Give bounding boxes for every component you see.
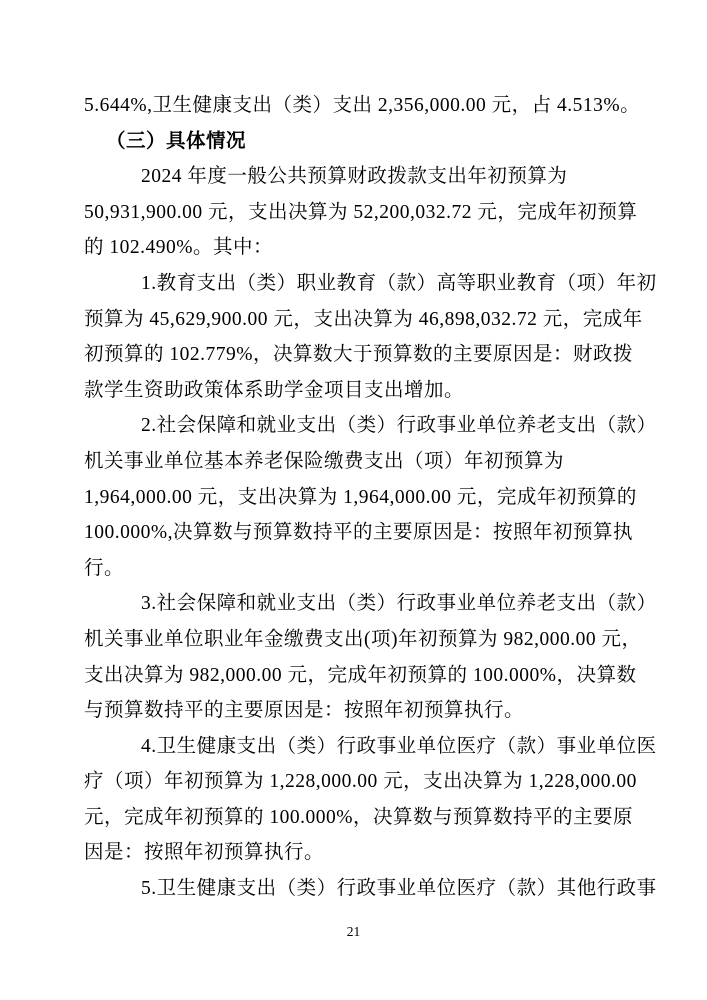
text-line: 行。 bbox=[84, 551, 607, 587]
text-line: 1,964,000.00 元，支出决算为 1,964,000.00 元，完成年初… bbox=[84, 480, 607, 516]
document-page: 5.644%,卫生健康支出（类）支出 2,356,000.00 元，占 4.51… bbox=[0, 0, 707, 1000]
text-line: 机关事业单位基本养老保险缴费支出（项）年初预算为 bbox=[84, 444, 607, 480]
text-line: （三）具体情况 bbox=[84, 124, 607, 160]
section-heading: （三）具体情况 bbox=[84, 124, 607, 160]
text-line: 3.社会保障和就业支出（类）行政事业单位养老支出（款） bbox=[84, 586, 607, 622]
text-line: 2.社会保障和就业支出（类）行政事业单位养老支出（款） bbox=[84, 408, 607, 444]
text-line: 机关事业单位职业年金缴费支出(项)年初预算为 982,000.00 元， bbox=[84, 622, 607, 658]
paragraph: 5.644%,卫生健康支出（类）支出 2,356,000.00 元，占 4.51… bbox=[84, 88, 607, 124]
paragraph: 1.教育支出（类）职业教育（款）高等职业教育（项）年初预算为 45,629,90… bbox=[84, 266, 607, 408]
text-line: 50,931,900.00 元，支出决算为 52,200,032.72 元，完成… bbox=[84, 195, 607, 231]
text-line: 5.644%,卫生健康支出（类）支出 2,356,000.00 元，占 4.51… bbox=[84, 88, 607, 124]
text-line: 5.卫生健康支出（类）行政事业单位医疗（款）其他行政事 bbox=[84, 871, 607, 907]
text-line: 款学生资助政策体系助学金项目支出增加。 bbox=[84, 373, 607, 409]
page-footer: 21 bbox=[0, 922, 707, 942]
paragraph: 2024 年度一般公共预算财政拨款支出年初预算为50,931,900.00 元，… bbox=[84, 159, 607, 266]
paragraph: 5.卫生健康支出（类）行政事业单位医疗（款）其他行政事 bbox=[84, 871, 607, 907]
text-line: 因是：按照年初预算执行。 bbox=[84, 835, 607, 871]
text-line: 初预算的 102.779%，决算数大于预算数的主要原因是：财政拨 bbox=[84, 337, 607, 373]
text-line: 1.教育支出（类）职业教育（款）高等职业教育（项）年初 bbox=[84, 266, 607, 302]
text-line: 支出决算为 982,000.00 元，完成年初预算的 100.000%，决算数 bbox=[84, 658, 607, 694]
text-line: 与预算数持平的主要原因是：按照年初预算执行。 bbox=[84, 693, 607, 729]
paragraph: 4.卫生健康支出（类）行政事业单位医疗（款）事业单位医疗（项）年初预算为 1,2… bbox=[84, 729, 607, 871]
page-number: 21 bbox=[347, 924, 361, 939]
text-line: 疗（项）年初预算为 1,228,000.00 元，支出决算为 1,228,000… bbox=[84, 764, 607, 800]
text-line: 的 102.490%。其中： bbox=[84, 230, 607, 266]
paragraph: 3.社会保障和就业支出（类）行政事业单位养老支出（款）机关事业单位职业年金缴费支… bbox=[84, 586, 607, 728]
text-line: 100.000%,决算数与预算数持平的主要原因是：按照年初预算执 bbox=[84, 515, 607, 551]
text-line: 预算为 45,629,900.00 元，支出决算为 46,898,032.72 … bbox=[84, 302, 607, 338]
text-line: 元，完成年初预算的 100.000%，决算数与预算数持平的主要原 bbox=[84, 800, 607, 836]
document-body: 5.644%,卫生健康支出（类）支出 2,356,000.00 元，占 4.51… bbox=[84, 88, 607, 907]
paragraph: 2.社会保障和就业支出（类）行政事业单位养老支出（款）机关事业单位基本养老保险缴… bbox=[84, 408, 607, 586]
text-line: 4.卫生健康支出（类）行政事业单位医疗（款）事业单位医 bbox=[84, 729, 607, 765]
text-line: 2024 年度一般公共预算财政拨款支出年初预算为 bbox=[84, 159, 607, 195]
